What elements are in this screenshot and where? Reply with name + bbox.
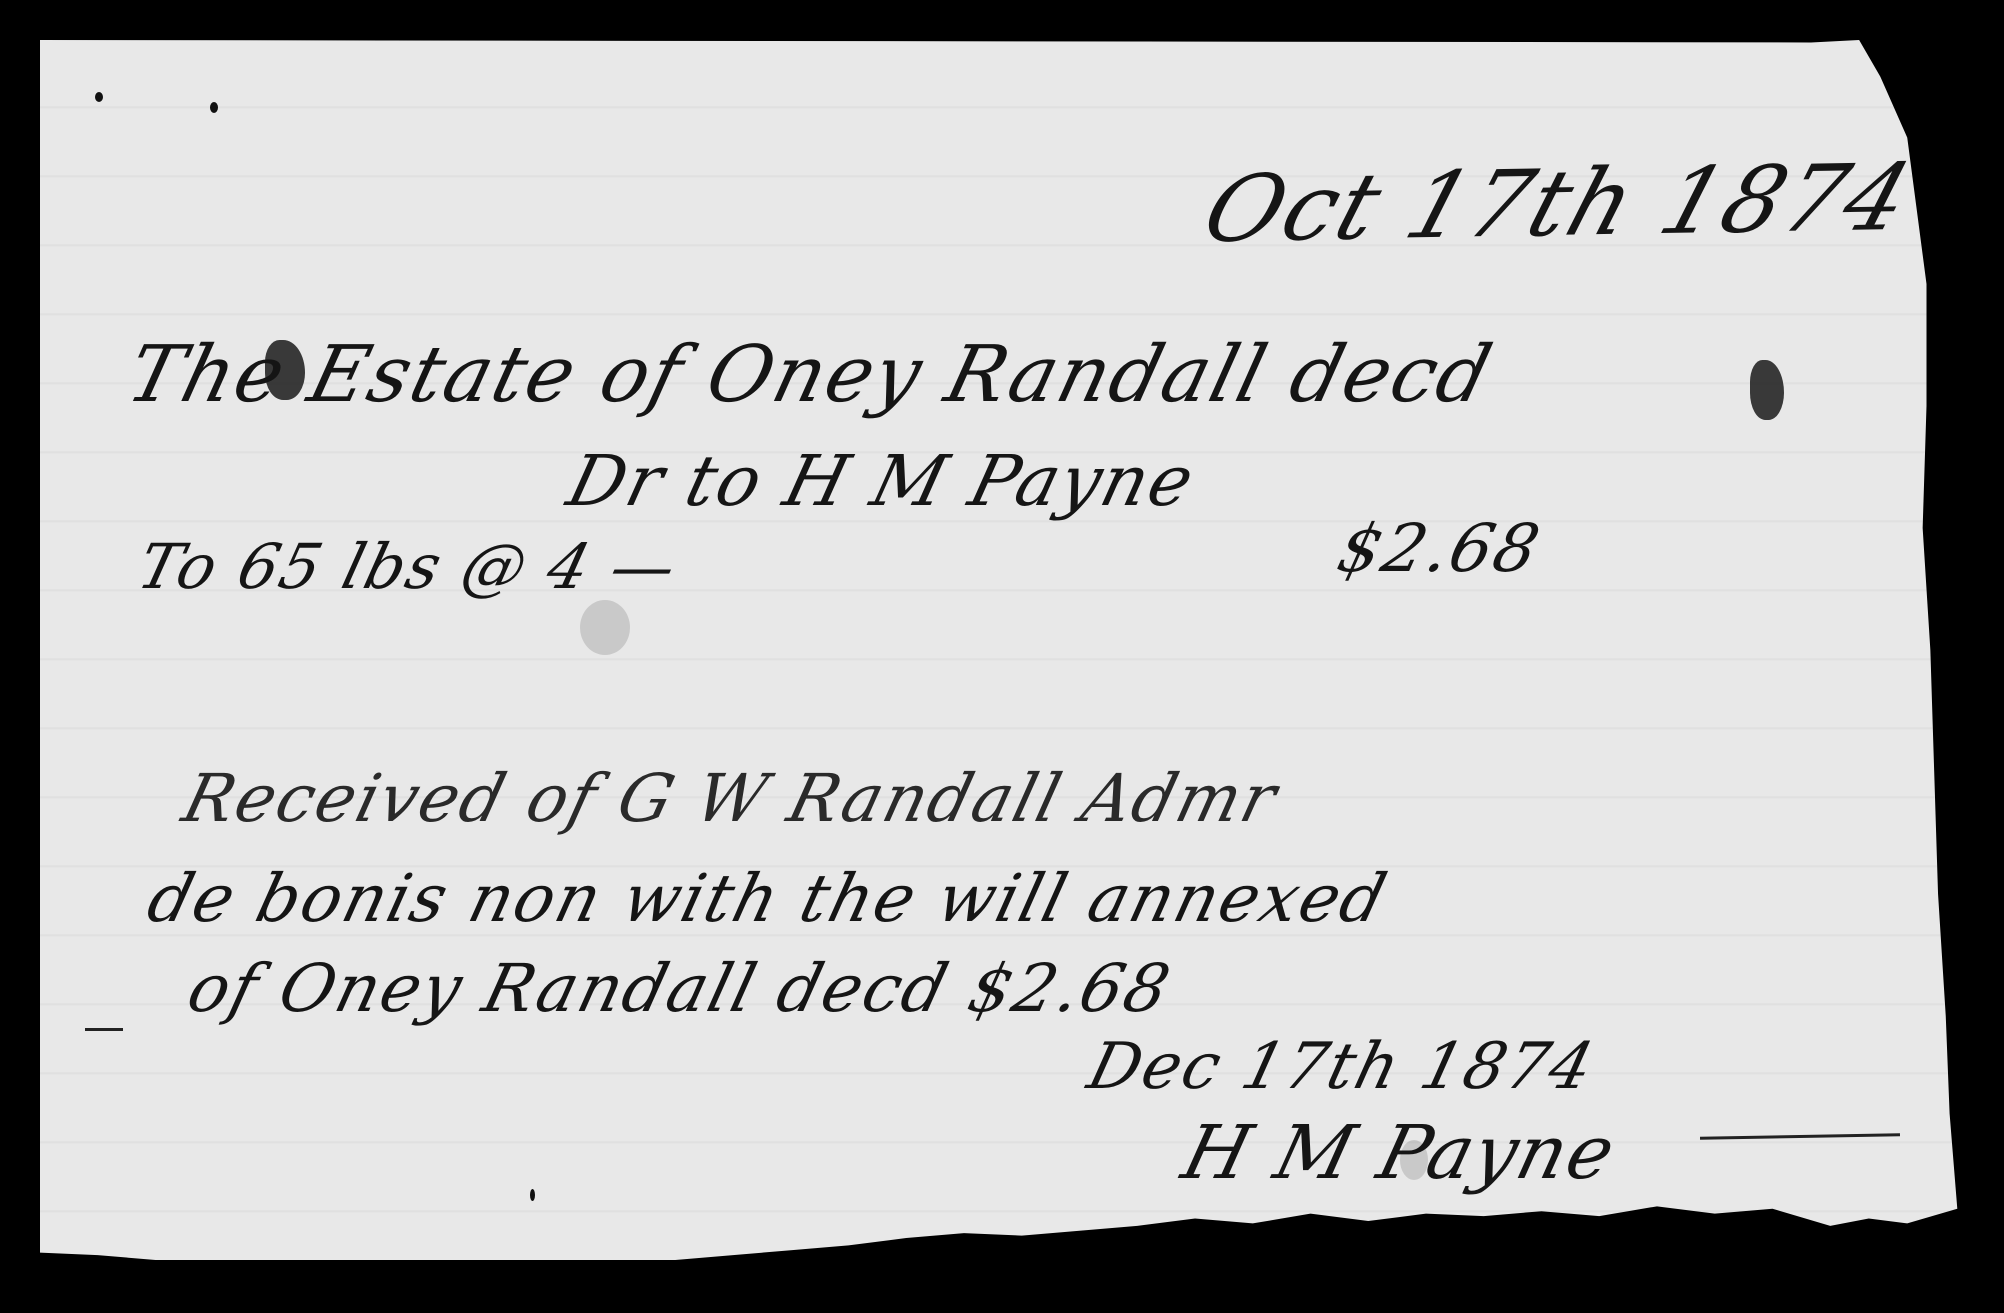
- signature: H M Payne: [1174, 1110, 1625, 1196]
- debtor-line: Dr to H M Payne: [560, 440, 1204, 522]
- ink-speck: [210, 102, 218, 113]
- item-description: To 65 lbs @ 4 —: [131, 530, 685, 603]
- estate-line: The Estate of Oney Randall decd: [119, 330, 1502, 420]
- item-amount: $2.68: [1330, 510, 1548, 587]
- receipt-date: Dec 17th 1874: [1081, 1030, 1602, 1104]
- margin-mark: [85, 1028, 123, 1031]
- signature-flourish: [1700, 1133, 1900, 1139]
- ink-speck: [95, 92, 103, 102]
- stain: [580, 600, 630, 655]
- receipt-line-1: Received of G W Randall Admr: [175, 760, 1285, 837]
- bill-date: Oct 17th 1874: [1192, 144, 1925, 263]
- scan-background: Oct 17th 1874 The Estate of Oney Randall…: [0, 0, 2004, 1313]
- receipt-paper: Oct 17th 1874 The Estate of Oney Randall…: [40, 40, 1965, 1260]
- ink-speck: [530, 1189, 535, 1201]
- receipt-line-3: of Oney Randall decd $2.68: [180, 950, 1179, 1027]
- ink-blot: [1750, 360, 1784, 420]
- receipt-line-2: de bonis non with the will annexed: [140, 860, 1395, 937]
